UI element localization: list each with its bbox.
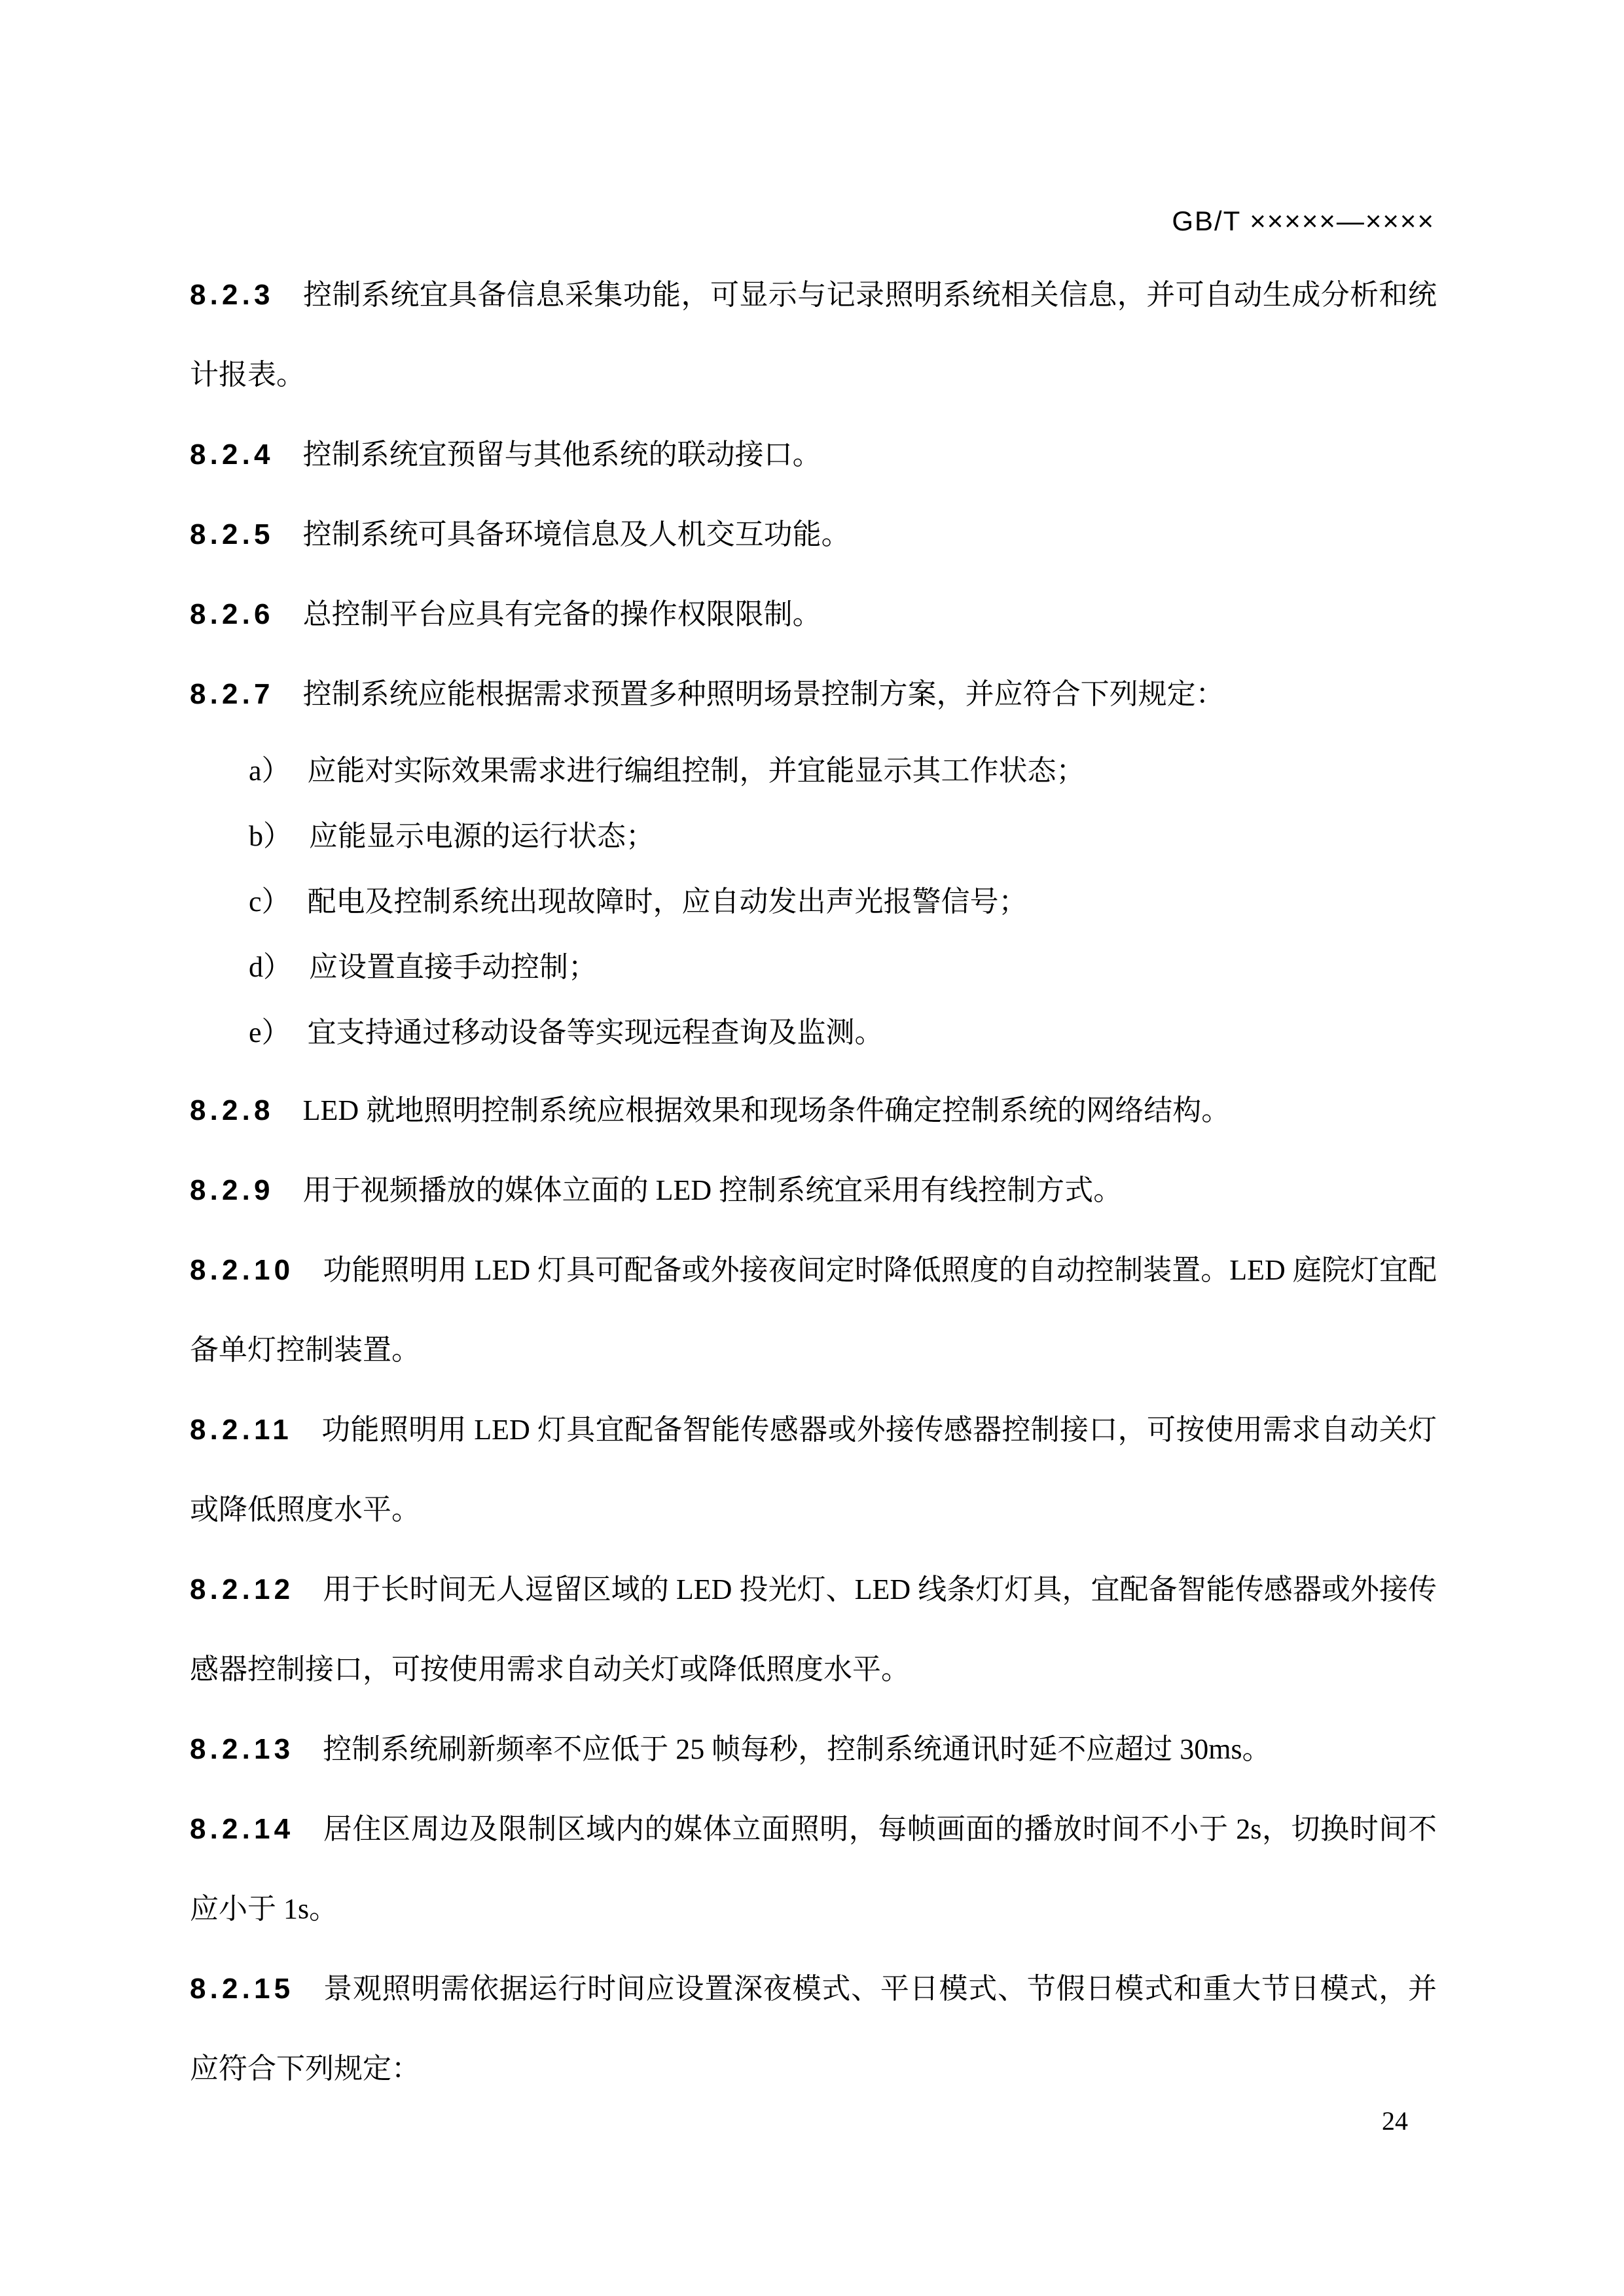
clause-8-2-10: 8.2.10功能照明用 LED 灯具可配备或外接夜间定时降低照度的自动控制装置。… [190,1230,1437,1390]
clause-number: 8.2.6 [190,598,274,630]
list-item-label: b） [249,820,292,852]
clause-text: LED 就地照明控制系统应根据效果和现场条件确定控制系统的网络结构。 [303,1094,1231,1126]
clause-8-2-9: 8.2.9用于视频播放的媒体立面的 LED 控制系统宜采用有线控制方式。 [190,1151,1437,1230]
clause-text: 景观照明需依据运行时间应设置深夜模式、平日模式、节假日模式和重大节日模式，并应符… [190,1973,1437,2085]
clause-text: 控制系统应能根据需求预置多种照明场景控制方案，并应符合下列规定： [303,678,1225,710]
list-item-text: 应能显示电源的运行状态； [309,820,655,852]
clause-8-2-15: 8.2.15景观照明需依据运行时间应设置深夜模式、平日模式、节假日模式和重大节日… [190,1949,1437,2109]
clause-number: 8.2.13 [190,1733,294,1765]
clause-8-2-12: 8.2.12用于长时间无人逗留区域的 LED 投光灯、LED 线条灯灯具，宜配备… [190,1550,1437,1710]
clause-number: 8.2.8 [190,1094,274,1126]
clause-number: 8.2.7 [190,678,274,710]
clause-text: 控制系统可具备环境信息及人机交互功能。 [303,518,850,550]
clause-text: 总控制平台应具有完备的操作权限限制。 [303,598,821,630]
list-item-text: 宜支持通过移动设备等实现远程查询及监测。 [308,1016,884,1049]
clause-number: 8.2.11 [190,1414,293,1446]
clause-number: 8.2.10 [190,1254,294,1286]
clause-text: 控制系统刷新频率不应低于 25 帧每秒，控制系统通讯时延不应超过 30ms。 [323,1733,1271,1765]
clause-8-2-5: 8.2.5控制系统可具备环境信息及人机交互功能。 [190,495,1437,575]
list-item-label: d） [249,951,292,983]
list-item-c: c）配电及控制系统出现故障时，应自动发出声光报警信号； [190,869,1437,935]
clause-8-2-13: 8.2.13控制系统刷新频率不应低于 25 帧每秒，控制系统通讯时延不应超过 3… [190,1710,1437,1789]
clause-text: 控制系统宜具备信息采集功能，可显示与记录照明系统相关信息，并可自动生成分析和统计… [190,279,1437,391]
clause-number: 8.2.14 [190,1813,294,1845]
clause-8-2-14: 8.2.14居住区周边及限制区域内的媒体立面照明，每帧画面的播放时间不小于 2s… [190,1789,1437,1949]
list-item-label: e） [249,1016,291,1049]
document-body: 8.2.3控制系统宜具备信息采集功能，可显示与记录照明系统相关信息，并可自动生成… [0,255,1624,2109]
list-item-text: 应能对实际效果需求进行编组控制，并宜能显示其工作状态； [308,755,1085,787]
clause-number: 8.2.12 [190,1573,294,1605]
clause-8-2-4: 8.2.4控制系统宜预留与其他系统的联动接口。 [190,415,1437,495]
clause-number: 8.2.4 [190,439,274,471]
clause-text: 控制系统宜预留与其他系统的联动接口。 [303,439,821,471]
clause-8-2-11: 8.2.11功能照明用 LED 灯具宜配备智能传感器或外接传感器控制接口，可按使… [190,1390,1437,1550]
clause-8-2-7: 8.2.7控制系统应能根据需求预置多种照明场景控制方案，并应符合下列规定： [190,655,1437,734]
clause-number: 8.2.5 [190,518,274,550]
clause-number: 8.2.3 [190,279,274,311]
clause-number: 8.2.15 [190,1973,294,2005]
list-item-a: a）应能对实际效果需求进行编组控制，并宜能显示其工作状态； [190,738,1437,804]
clause-text: 用于视频播放的媒体立面的 LED 控制系统宜采用有线控制方式。 [303,1174,1123,1206]
clause-8-2-6: 8.2.6总控制平台应具有完备的操作权限限制。 [190,575,1437,655]
list-item-text: 配电及控制系统出现故障时，应自动发出声光报警信号； [308,886,1028,918]
standard-number-header: GB/T ×××××—×××× [0,206,1624,237]
document-page: GB/T ×××××—×××× 8.2.3控制系统宜具备信息采集功能，可显示与记… [0,0,1624,2296]
list-item-d: d）应设置直接手动控制； [190,935,1437,1000]
clause-number: 8.2.9 [190,1174,274,1206]
clause-8-2-7-sub-list: a）应能对实际效果需求进行编组控制，并宜能显示其工作状态； b）应能显示电源的运… [190,738,1437,1066]
clause-text: 居住区周边及限制区域内的媒体立面照明，每帧画面的播放时间不小于 2s，切换时间不… [190,1813,1437,1925]
clause-8-2-3: 8.2.3控制系统宜具备信息采集功能，可显示与记录照明系统相关信息，并可自动生成… [190,255,1437,415]
clause-text: 功能照明用 LED 灯具可配备或外接夜间定时降低照度的自动控制装置。LED 庭院… [190,1254,1437,1366]
list-item-text: 应设置直接手动控制； [309,951,597,983]
list-item-b: b）应能显示电源的运行状态； [190,804,1437,869]
clause-8-2-8: 8.2.8LED 就地照明控制系统应根据效果和现场条件确定控制系统的网络结构。 [190,1071,1437,1151]
page-number: 24 [1382,2106,1408,2136]
clause-text: 功能照明用 LED 灯具宜配备智能传感器或外接传感器控制接口，可按使用需求自动关… [190,1414,1437,1526]
list-item-label: a） [249,755,291,787]
list-item-label: c） [249,886,291,918]
clause-text: 用于长时间无人逗留区域的 LED 投光灯、LED 线条灯灯具，宜配备智能传感器或… [190,1573,1437,1685]
list-item-e: e）宜支持通过移动设备等实现远程查询及监测。 [190,1000,1437,1066]
